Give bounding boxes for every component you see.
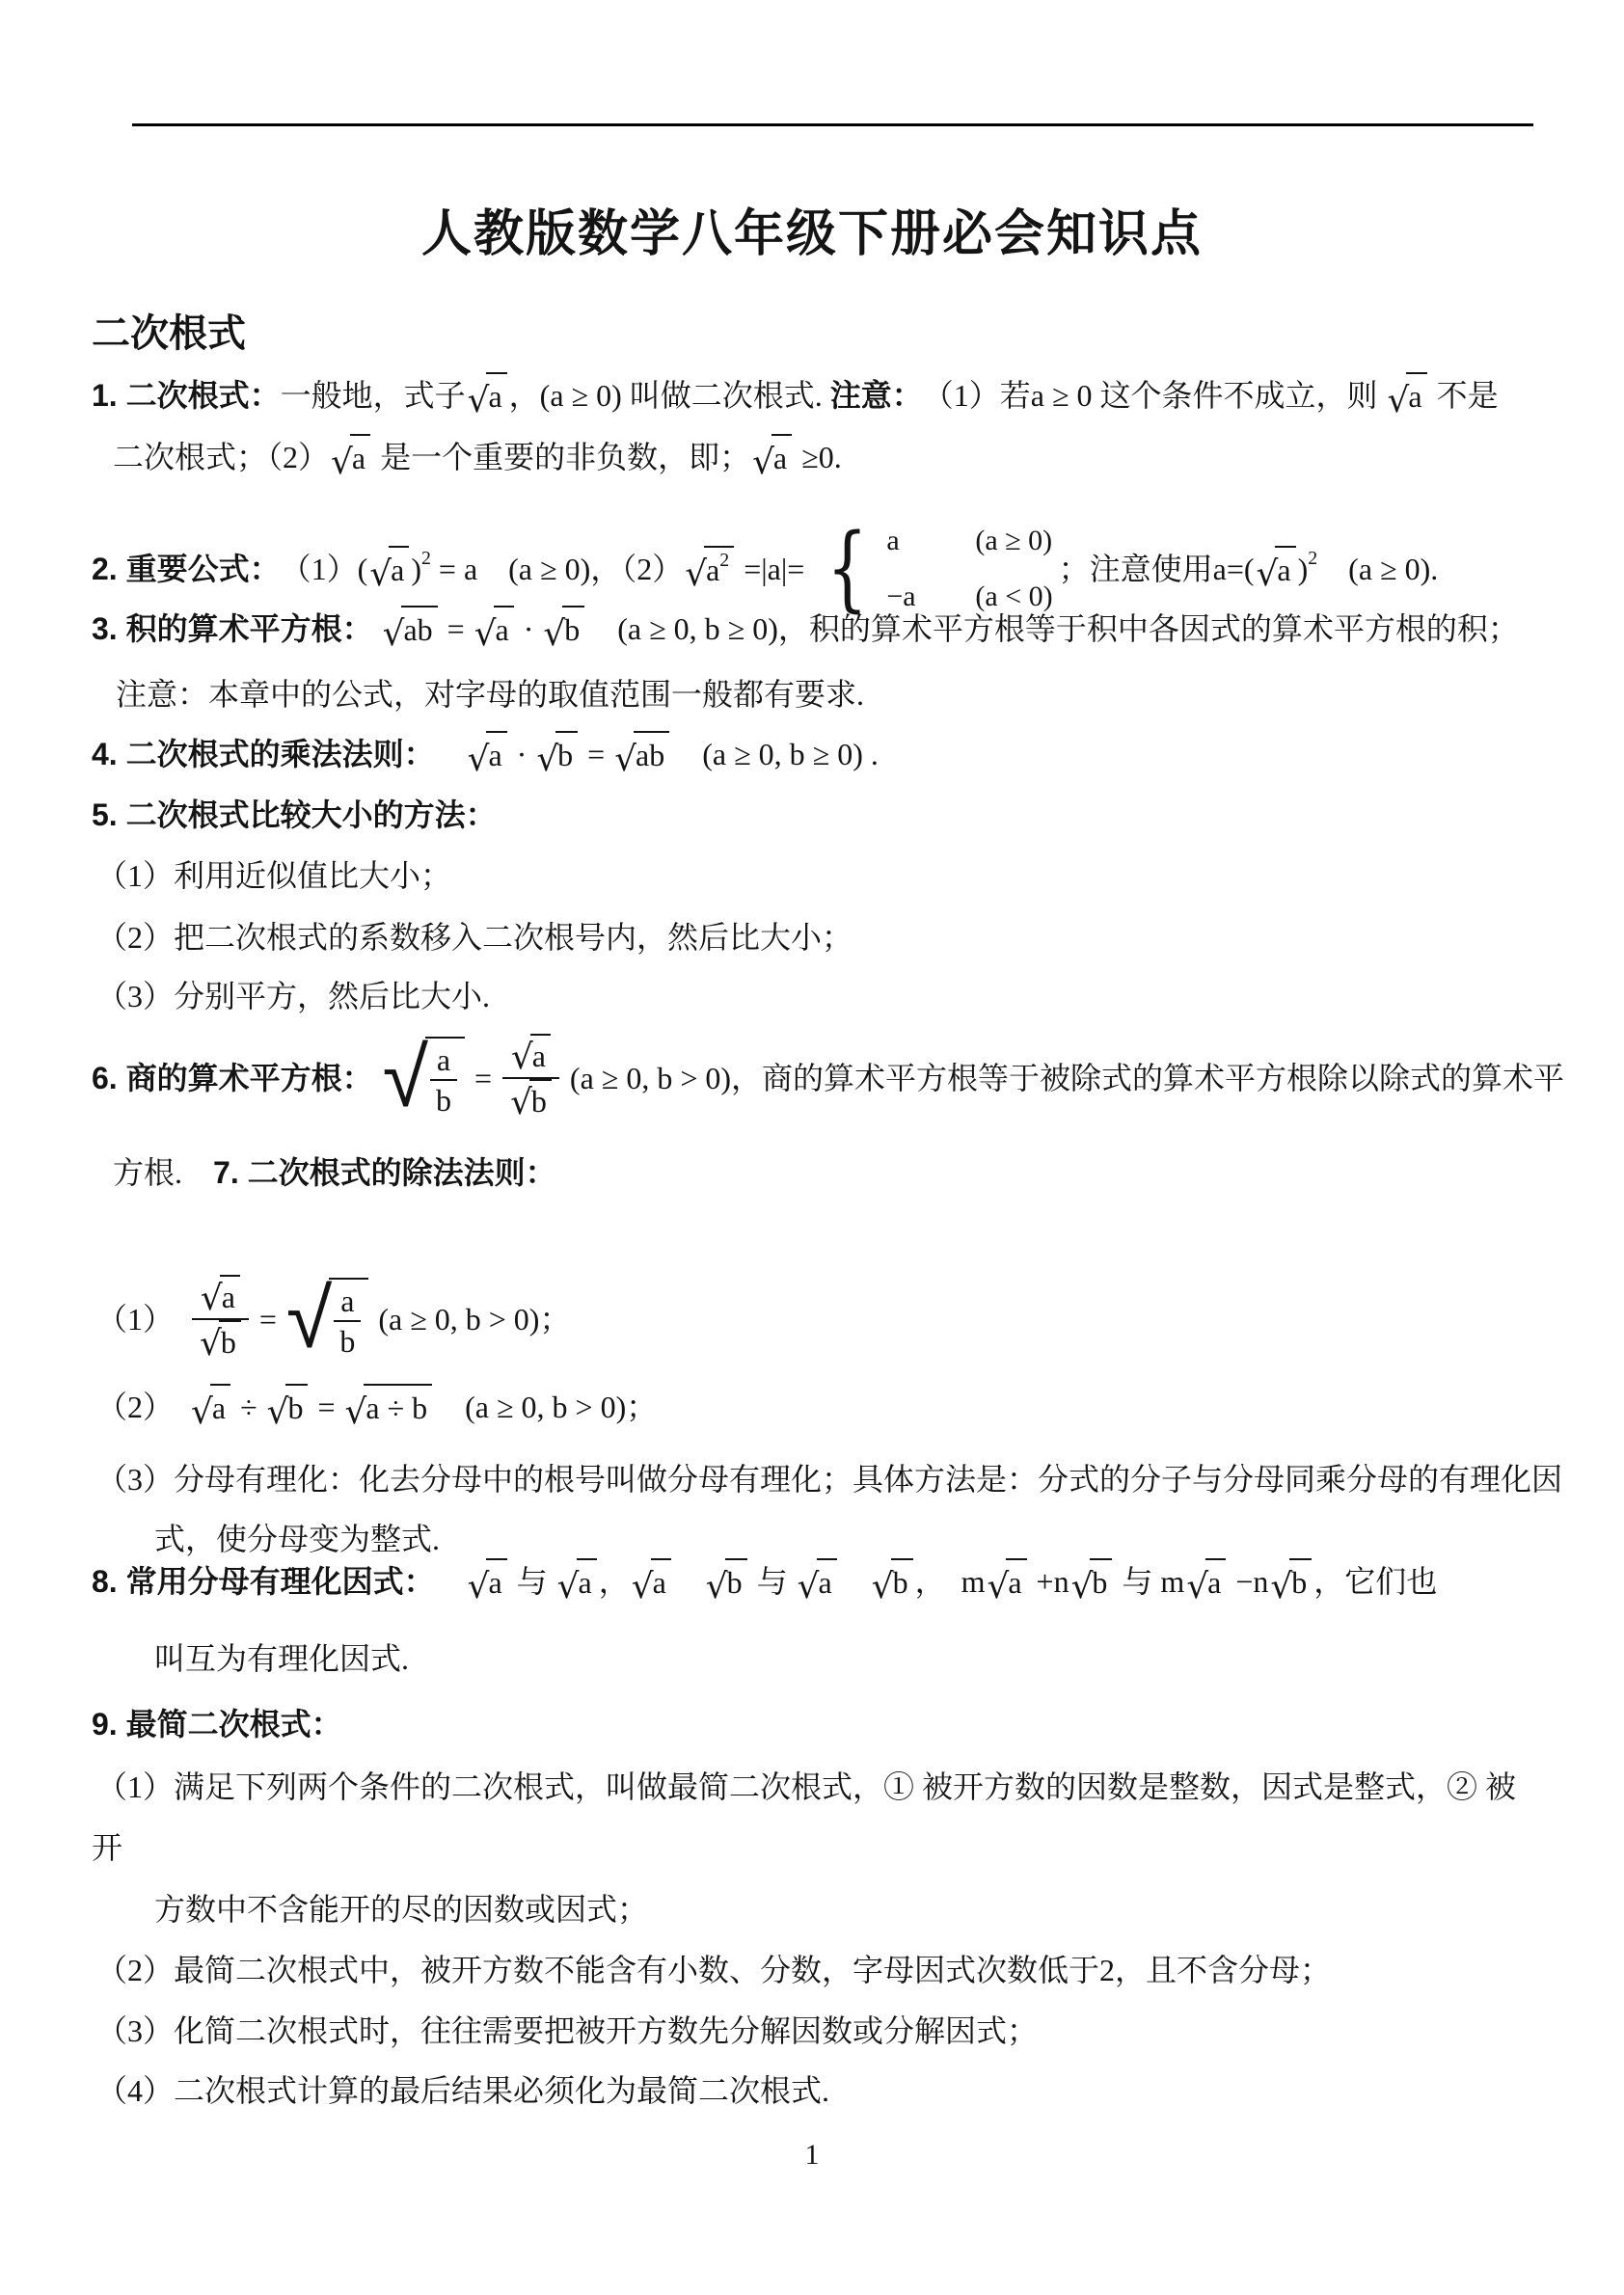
denominator: √b bbox=[192, 1318, 249, 1363]
text-run: a bbox=[340, 1283, 354, 1318]
item-5-sub-1: （1）利用近似值比大小； bbox=[96, 854, 451, 898]
radical-sign-icon: √ bbox=[286, 1278, 332, 1361]
denominator: b bbox=[334, 1320, 361, 1361]
item-9: 9. 最简二次根式： bbox=[92, 1703, 342, 1746]
text-run: a ÷ b bbox=[365, 1387, 427, 1430]
radicand: b bbox=[891, 1558, 913, 1605]
sqrt-expression: √b bbox=[200, 1320, 241, 1362]
item-8-line-2: 叫互为有理化因式. bbox=[154, 1637, 409, 1681]
text-run: a bbox=[1277, 549, 1290, 592]
text-run: b bbox=[1291, 1561, 1307, 1605]
text-run: 注意：本章中的公式，对字母的取值范围一般都有要求. bbox=[116, 673, 864, 716]
superscript: 2 bbox=[719, 548, 729, 575]
text-run: −n bbox=[1228, 1560, 1268, 1604]
item-1-line-2: 二次根式；（2）√a 是一个重要的非负数，即；√a ≥0. bbox=[113, 434, 842, 480]
sqrt-expression: √a bbox=[752, 434, 792, 480]
text-run: b bbox=[1092, 1561, 1107, 1605]
text-run: （2）把二次根式的系数移入二次根号内，然后比大小； bbox=[96, 916, 853, 959]
item-9-sub-1a: （1）满足下列两个条件的二次根式，叫做最简二次根式，① 被开方数的因数是整数，因… bbox=[96, 1766, 1516, 1809]
radicand: a bbox=[220, 1275, 240, 1316]
bold-label: 7. 二次根式的除法法则： bbox=[213, 1151, 556, 1195]
radicand: a bbox=[530, 1034, 551, 1075]
text-run: （2） bbox=[96, 1386, 189, 1429]
text-run: (a ≥ 0, b > 0)； bbox=[370, 1298, 570, 1341]
sqrt-expression: √a bbox=[557, 1558, 597, 1605]
text-run bbox=[673, 1560, 704, 1604]
text-run: (a ≥ 0). bbox=[1317, 548, 1438, 591]
text-run: a bbox=[819, 1561, 832, 1605]
bold-label: 5. 二次根式比较大小的方法： bbox=[92, 794, 497, 837]
text-run: ÷ bbox=[232, 1386, 265, 1429]
numerator: √a bbox=[503, 1034, 558, 1077]
radicand: b bbox=[555, 731, 578, 777]
text-run: ， bbox=[599, 1560, 630, 1604]
sqrt-expression: √a bbox=[632, 1558, 671, 1605]
bold-label: 9. 最简二次根式： bbox=[92, 1703, 342, 1746]
text-run: = bbox=[440, 607, 473, 651]
text-run: ；注意使用a=( bbox=[1059, 548, 1255, 591]
denominator: b bbox=[430, 1079, 457, 1120]
radicand: b bbox=[1289, 1558, 1312, 1605]
text-run: 是一个重要的非负数，即； bbox=[372, 436, 750, 479]
text-run: ab bbox=[403, 608, 432, 652]
text-run: b bbox=[564, 608, 580, 652]
radicand: a bbox=[817, 1558, 837, 1605]
text-run: a bbox=[496, 608, 509, 652]
brace-icon: { bbox=[826, 529, 868, 608]
piecewise-cases: {a(a ≥ 0)−a(a < 0) bbox=[818, 521, 1052, 617]
text-run bbox=[435, 1560, 466, 1604]
radicand: a2 bbox=[704, 546, 734, 592]
text-run: a bbox=[1408, 375, 1421, 418]
sqrt-expression: √a bbox=[987, 1558, 1026, 1605]
sqrt-expression: √a bbox=[474, 606, 514, 652]
text-run: (a ≥ 0, b > 0)； bbox=[434, 1386, 657, 1429]
text-run: 叫互为有理化因式. bbox=[154, 1637, 409, 1681]
document-title: 人教版数学八年级下册必会知识点 bbox=[0, 193, 1624, 265]
radicand: a bbox=[210, 1384, 230, 1430]
document-page: 人教版数学八年级下册必会知识点 二次根式 1. 二次根式：一般地，式子√a，(a… bbox=[0, 0, 1624, 2295]
radicand: b bbox=[529, 1079, 552, 1120]
item-3-note: 注意：本章中的公式，对字母的取值范围一般都有要求. bbox=[116, 673, 864, 716]
radicand: ab bbox=[425, 1037, 465, 1120]
text-run: （1）满足下列两个条件的二次根式，叫做最简二次根式，① 被开方数的因数是整数，因… bbox=[96, 1766, 1516, 1809]
radicand: b bbox=[562, 606, 584, 652]
item-2: 2. 重要公式：（1）(√a)2 = a (a ≥ 0)，（2）√a2 =|a|… bbox=[92, 521, 1438, 617]
text-run: （4）二次根式计算的最后结果必须化为最简二次根式. bbox=[96, 2069, 829, 2113]
item-5-sub-3: （3）分别平方，然后比大小. bbox=[96, 975, 490, 1018]
sqrt-expression: √ab bbox=[383, 606, 438, 652]
text-run: a bbox=[488, 734, 501, 777]
item-9-sub-3: （3）化简二次根式时，往往需要把被开方数先分解因数或分解因式； bbox=[96, 2010, 1038, 2053]
text-run bbox=[839, 1560, 870, 1604]
radicand: b bbox=[285, 1384, 308, 1430]
text-run: a bbox=[212, 1387, 226, 1430]
text-run bbox=[373, 607, 381, 651]
sqrt-expression: √b bbox=[543, 606, 584, 652]
text-run: = bbox=[310, 1386, 342, 1429]
numerator: a bbox=[335, 1282, 360, 1320]
cases-row: a(a ≥ 0) bbox=[886, 521, 1052, 561]
radicand: a bbox=[389, 546, 409, 592]
text-run: b bbox=[436, 1083, 451, 1118]
sqrt-expression: √b bbox=[510, 1079, 552, 1120]
text-run: b bbox=[557, 734, 573, 777]
text-run: 方根. bbox=[113, 1151, 213, 1195]
sqrt-expression: √ab bbox=[614, 731, 669, 777]
text-run: a bbox=[653, 1561, 666, 1605]
text-run: = bbox=[467, 1057, 500, 1100]
sqrt-expression: √b bbox=[267, 1384, 309, 1430]
text-run: = bbox=[580, 733, 612, 776]
text-run: 式，使分母变为整式. bbox=[154, 1518, 440, 1561]
radicand: a bbox=[1275, 546, 1295, 592]
text-run: b bbox=[221, 1323, 236, 1362]
radicand: ab bbox=[401, 606, 437, 652]
text-run: a bbox=[532, 1037, 546, 1075]
radicand: ab bbox=[329, 1278, 368, 1361]
text-run: （2）最简二次根式中，被开方数不能含有小数、分数，字母因式次数低于2，且不含分母… bbox=[96, 1949, 1331, 1992]
text-run: a bbox=[437, 1042, 450, 1077]
text-run: a bbox=[391, 549, 404, 592]
text-run: a bbox=[706, 549, 719, 592]
item-7-heading: 方根. 7. 二次根式的除法法则： bbox=[113, 1151, 556, 1195]
text-run: 与 bbox=[749, 1560, 796, 1604]
sqrt-expression: √a bbox=[191, 1384, 230, 1430]
text-run: b bbox=[727, 1561, 743, 1605]
text-run bbox=[373, 1057, 381, 1100]
text-run: a bbox=[579, 1561, 592, 1605]
fraction: ab bbox=[430, 1040, 457, 1120]
bold-label: 注意： bbox=[830, 374, 923, 418]
bold-label: 6. 商的算术平方根： bbox=[92, 1057, 373, 1100]
numerator: √a bbox=[193, 1275, 248, 1318]
sqrt-expression: √a bbox=[468, 372, 507, 418]
text-run: （3）分别平方，然后比大小. bbox=[96, 975, 490, 1018]
section-heading: 二次根式 bbox=[92, 303, 246, 358]
header-rule bbox=[132, 123, 1533, 126]
text-run: a bbox=[773, 437, 787, 480]
sqrt-expression: √a bbox=[1257, 546, 1296, 592]
item-9-sub-1c: 方数中不含能开的尽的因数或因式； bbox=[154, 1888, 648, 1931]
radicand: a bbox=[771, 434, 792, 480]
text-run: a bbox=[352, 437, 365, 480]
sqrt-expression: √a bbox=[369, 546, 409, 592]
sqrt-expression: √b bbox=[1270, 1558, 1312, 1605]
text-run: 二次根式；（2） bbox=[113, 436, 329, 479]
text-run: （1）( bbox=[281, 548, 368, 591]
text-run: 一般地，式子 bbox=[281, 374, 466, 418]
radicand: a bbox=[494, 606, 514, 652]
text-run: 不是 bbox=[1429, 374, 1499, 418]
text-run: b bbox=[339, 1324, 355, 1359]
sqrt-expression: √a2 bbox=[685, 546, 734, 592]
text-run: 开 bbox=[92, 1826, 122, 1870]
text-run: · bbox=[509, 733, 535, 776]
text-run: a bbox=[488, 375, 501, 418]
sqrt-expression: √a bbox=[331, 434, 370, 480]
sqrt-expression: √b bbox=[872, 1558, 913, 1605]
text-run: （1） bbox=[96, 1298, 189, 1341]
item-3: 3. 积的算术平方根： √ab = √a · √b (a ≥ 0, b ≥ 0)… bbox=[92, 606, 1519, 652]
item-7-sub-1: （1） √a√b = √ab (a ≥ 0, b > 0)； bbox=[96, 1275, 570, 1363]
radicand: a bbox=[350, 434, 370, 480]
text-run bbox=[435, 733, 466, 776]
radicand: ab bbox=[634, 731, 669, 777]
item-6: 6. 商的算术平方根： √ab = √a√b (a ≥ 0, b > 0)，商的… bbox=[92, 1034, 1564, 1122]
text-run: = a (a ≥ 0)，（2） bbox=[431, 548, 683, 591]
sqrt-expression: √ab bbox=[286, 1278, 368, 1361]
text-run: ≥0. bbox=[794, 436, 842, 479]
radicand: b bbox=[219, 1320, 241, 1362]
text-run: b bbox=[287, 1387, 303, 1430]
item-7-sub-3a: （3）分母有理化：化去分母中的根号叫做分母有理化；具体方法是：分式的分子与分母同… bbox=[96, 1458, 1562, 1501]
fraction: ab bbox=[334, 1282, 361, 1361]
text-run: ，它们也 bbox=[1313, 1560, 1437, 1604]
sqrt-expression: √a bbox=[201, 1275, 240, 1316]
item-5-sub-2: （2）把二次根式的系数移入二次根号内，然后比大小； bbox=[96, 916, 853, 959]
radical-sign-icon: √ bbox=[383, 1037, 428, 1120]
text-run: a bbox=[222, 1278, 235, 1316]
cases-value: a bbox=[886, 521, 933, 561]
item-9-sub-2: （2）最简二次根式中，被开方数不能含有小数、分数，字母因式次数低于2，且不含分母… bbox=[96, 1949, 1331, 1992]
text-run: (a ≥ 0, b ≥ 0) . bbox=[671, 733, 879, 776]
sqrt-expression: √a bbox=[468, 731, 507, 777]
text-run: ) bbox=[411, 548, 421, 591]
item-7-sub-3b: 式，使分母变为整式. bbox=[154, 1518, 440, 1561]
bold-label: 4. 二次根式的乘法法则： bbox=[92, 733, 435, 776]
sqrt-expression: √a bbox=[511, 1034, 551, 1075]
sqrt-expression: √b bbox=[1071, 1558, 1113, 1605]
text-run: a bbox=[488, 1561, 501, 1605]
cases-rows: a(a ≥ 0)−a(a < 0) bbox=[886, 521, 1052, 617]
radicand: a bbox=[1406, 372, 1426, 418]
radicand: a bbox=[486, 731, 506, 777]
sqrt-expression: √a bbox=[1186, 1558, 1226, 1605]
numerator: a bbox=[431, 1040, 456, 1079]
text-run: b bbox=[531, 1082, 547, 1120]
bold-label: 1. 二次根式： bbox=[92, 374, 281, 418]
sqrt-expression: √a bbox=[468, 1558, 507, 1605]
page-number: 1 bbox=[0, 2139, 1624, 2172]
bold-label: 8. 常用分母有理化因式： bbox=[92, 1560, 435, 1604]
radicand: a bbox=[486, 1558, 506, 1605]
text-run: a bbox=[1008, 1561, 1021, 1605]
text-run: a bbox=[1207, 1561, 1221, 1605]
sqrt-expression: √b bbox=[536, 731, 578, 777]
radicand: b bbox=[1090, 1558, 1112, 1605]
item-4: 4. 二次根式的乘法法则： √a · √b = √ab (a ≥ 0, b ≥ … bbox=[92, 731, 879, 777]
text-run: ) bbox=[1298, 548, 1309, 591]
item-5: 5. 二次根式比较大小的方法： bbox=[92, 794, 497, 837]
text-run: （1）若a ≥ 0 这个条件不成立，则 bbox=[923, 374, 1386, 418]
text-run: 与 m bbox=[1114, 1560, 1184, 1604]
text-run: = bbox=[252, 1298, 284, 1341]
text-run: (a ≥ 0, b ≥ 0)，积的算术平方根等于积中各因式的算术平方根的积； bbox=[586, 607, 1519, 651]
fraction: √a√b bbox=[502, 1034, 559, 1122]
text-run: （3）分母有理化：化去分母中的根号叫做分母有理化；具体方法是：分式的分子与分母同… bbox=[96, 1458, 1562, 1501]
item-9-sub-1b: 开 bbox=[92, 1826, 122, 1870]
text-run: （3）化简二次根式时，往往需要把被开方数先分解因数或分解因式； bbox=[96, 2010, 1038, 2053]
sqrt-expression: √b bbox=[706, 1558, 747, 1605]
radicand: a bbox=[1006, 1558, 1026, 1605]
sqrt-expression: √a bbox=[1388, 372, 1427, 418]
text-run: b bbox=[893, 1561, 908, 1605]
item-8-line-1: 8. 常用分母有理化因式： √a 与 √a，√a √b 与 √a √b， m√a… bbox=[92, 1558, 1437, 1605]
text-run: （1）利用近似值比大小； bbox=[96, 854, 451, 898]
text-run: ， m bbox=[915, 1560, 986, 1604]
text-run: +n bbox=[1029, 1560, 1069, 1604]
text-run: 与 bbox=[509, 1560, 555, 1604]
radicand: a bbox=[486, 372, 506, 418]
text-run: 方数中不含能开的尽的因数或因式； bbox=[154, 1888, 648, 1931]
radicand: a bbox=[651, 1558, 671, 1605]
radicand: a bbox=[1205, 1558, 1226, 1605]
text-run: ，(a ≥ 0) 叫做二次根式. bbox=[509, 374, 830, 418]
denominator: √b bbox=[502, 1077, 559, 1122]
text-run: =|a|= bbox=[736, 548, 812, 591]
radicand: a bbox=[577, 1558, 597, 1605]
item-7-sub-2: （2） √a ÷ √b = √a ÷ b (a ≥ 0, b > 0)； bbox=[96, 1384, 657, 1430]
superscript: 2 bbox=[421, 546, 431, 573]
text-run: ab bbox=[636, 734, 664, 777]
radicand: a ÷ b bbox=[364, 1384, 432, 1430]
radicand: b bbox=[725, 1558, 747, 1605]
cases-condition: (a ≥ 0) bbox=[975, 521, 1052, 561]
text-run: · bbox=[516, 607, 542, 651]
item-1-line-1: 1. 二次根式：一般地，式子√a，(a ≥ 0) 叫做二次根式. 注意：（1）若… bbox=[92, 372, 1499, 418]
sqrt-expression: √a bbox=[798, 1558, 837, 1605]
sqrt-expression: √ab bbox=[383, 1037, 465, 1120]
superscript: 2 bbox=[1308, 546, 1317, 573]
bold-label: 2. 重要公式： bbox=[92, 548, 281, 591]
item-9-sub-4: （4）二次根式计算的最后结果必须化为最简二次根式. bbox=[96, 2069, 829, 2113]
bold-label: 3. 积的算术平方根： bbox=[92, 607, 373, 651]
sqrt-expression: √a ÷ b bbox=[345, 1384, 433, 1430]
fraction: √a√b bbox=[192, 1275, 249, 1363]
text-run: (a ≥ 0, b > 0)，商的算术平方根等于被除式的算术平方根除以除式的算术… bbox=[562, 1057, 1564, 1100]
